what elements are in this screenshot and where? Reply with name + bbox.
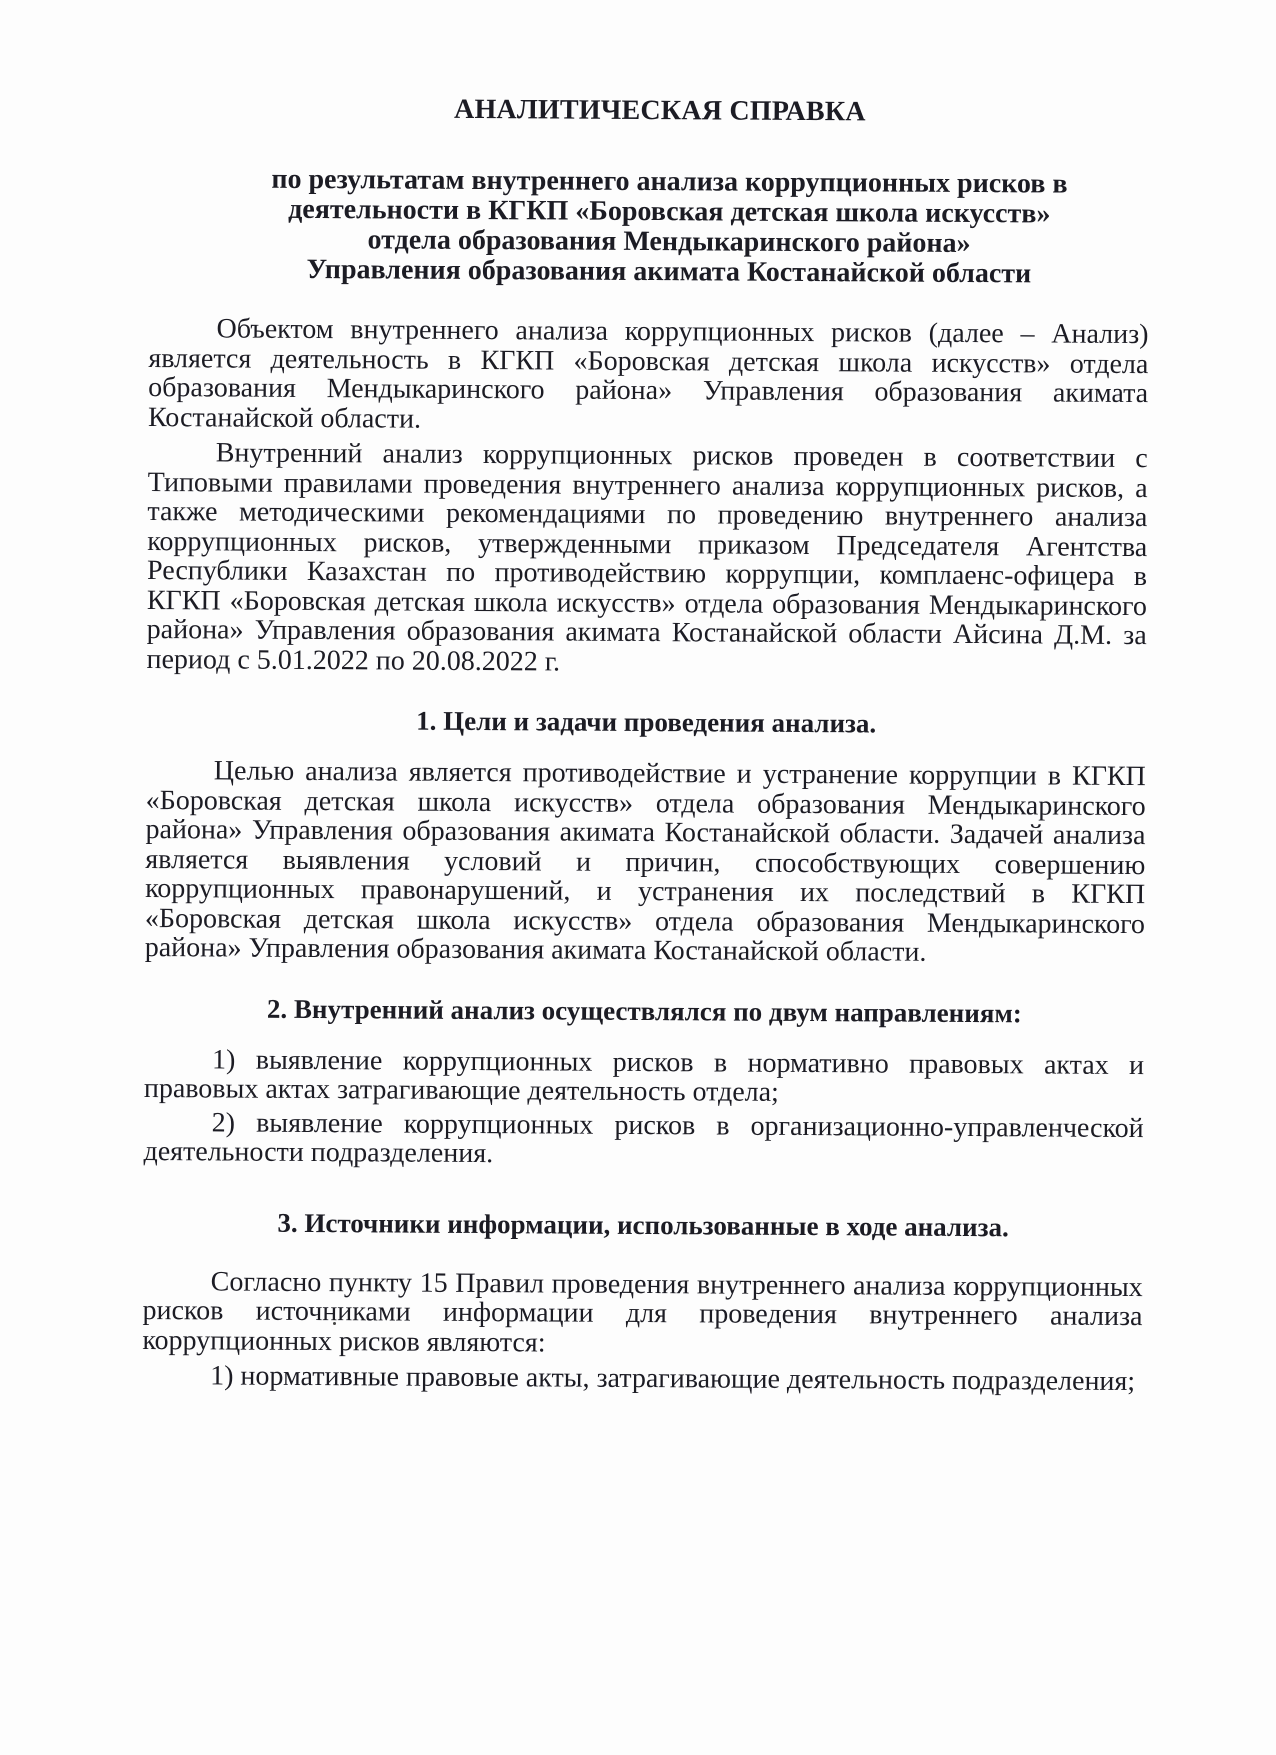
intro-paragraph-object: Объектом внутреннего анализа коррупционн… — [148, 314, 1149, 438]
sources-list-item: 1) нормативные правовые акты, затрагиваю… — [142, 1361, 1142, 1397]
section-heading-directions: 2. Внутренний анализ осуществлялся по дв… — [144, 992, 1144, 1028]
intro-paragraph-basis: Внутренний анализ коррупционных рисков п… — [146, 438, 1147, 680]
directions-list-item: 1) выявление коррупционных рисков в норм… — [144, 1044, 1144, 1109]
document-subtitle: по результатам внутреннего анализа корру… — [149, 164, 1150, 290]
document-content: АНАЛИТИЧЕСКАЯ СПРАВКА по результатам вну… — [142, 92, 1150, 1401]
subtitle-line: Управления образования акимата Костанайс… — [189, 254, 1149, 290]
section-sources-paragraph: Согласно пункту 15 Правил проведения вну… — [142, 1266, 1143, 1361]
directions-list-item: 2) выявление коррупционных рисков в орга… — [143, 1107, 1143, 1172]
document-title: АНАЛИТИЧЕСКАЯ СПРАВКА — [150, 92, 1150, 130]
subtitle-line: деятельности в КГКП «Боровская детская ш… — [189, 194, 1149, 230]
section-heading-sources: 3. Источники информации, использованные … — [143, 1206, 1143, 1242]
document-page: АНАЛИТИЧЕСКАЯ СПРАВКА по результатам вну… — [0, 0, 1276, 1755]
scan-speck — [333, 1322, 336, 1325]
section-heading-goals: 1. Цели и задачи проведения анализа. — [146, 704, 1146, 740]
section-goals-paragraph: Целью анализа является противодействие и… — [145, 756, 1146, 969]
